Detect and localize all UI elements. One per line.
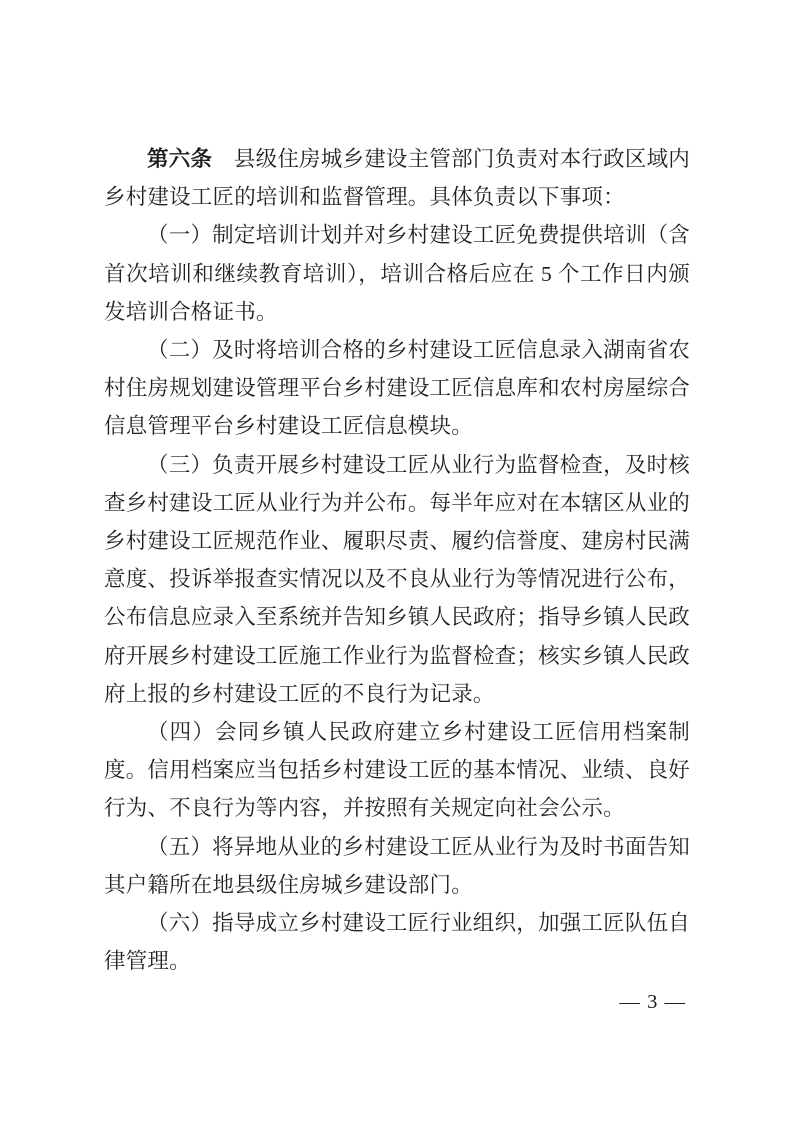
item-1-paragraph: （一）制定培训计划并对乡村建设工匠免费提供培训（含首次培训和继续教育培训），培训…	[104, 216, 690, 331]
item-5-paragraph: （五）将异地从业的乡村建设工匠从业行为及时书面告知其户籍所在地县级住房城乡建设部…	[104, 828, 690, 904]
item-2-paragraph: （二）及时将培训合格的乡村建设工匠信息录入湖南省农村住房规划建设管理平台乡村建设…	[104, 331, 690, 446]
article-6-paragraph: 第六条 县级住房城乡建设主管部门负责对本行政区域内乡村建设工匠的培训和监督管理。…	[104, 140, 690, 216]
page-number: — 3 —	[620, 991, 687, 1013]
article-6-label: 第六条	[147, 147, 212, 171]
item-3-paragraph: （三）负责开展乡村建设工匠从业行为监督检查，及时核查乡村建设工匠从业行为并公布。…	[104, 446, 690, 713]
document-page: 第六条 县级住房城乡建设主管部门负责对本行政区域内乡村建设工匠的培训和监督管理。…	[0, 0, 794, 1123]
item-4-paragraph: （四）会同乡镇人民政府建立乡村建设工匠信用档案制度。信用档案应当包括乡村建设工匠…	[104, 713, 690, 828]
item-6-paragraph: （六）指导成立乡村建设工匠行业组织，加强工匠队伍自律管理。	[104, 904, 690, 980]
document-body: 第六条 县级住房城乡建设主管部门负责对本行政区域内乡村建设工匠的培训和监督管理。…	[0, 0, 794, 980]
page-footer: — 3 —	[620, 991, 687, 1014]
